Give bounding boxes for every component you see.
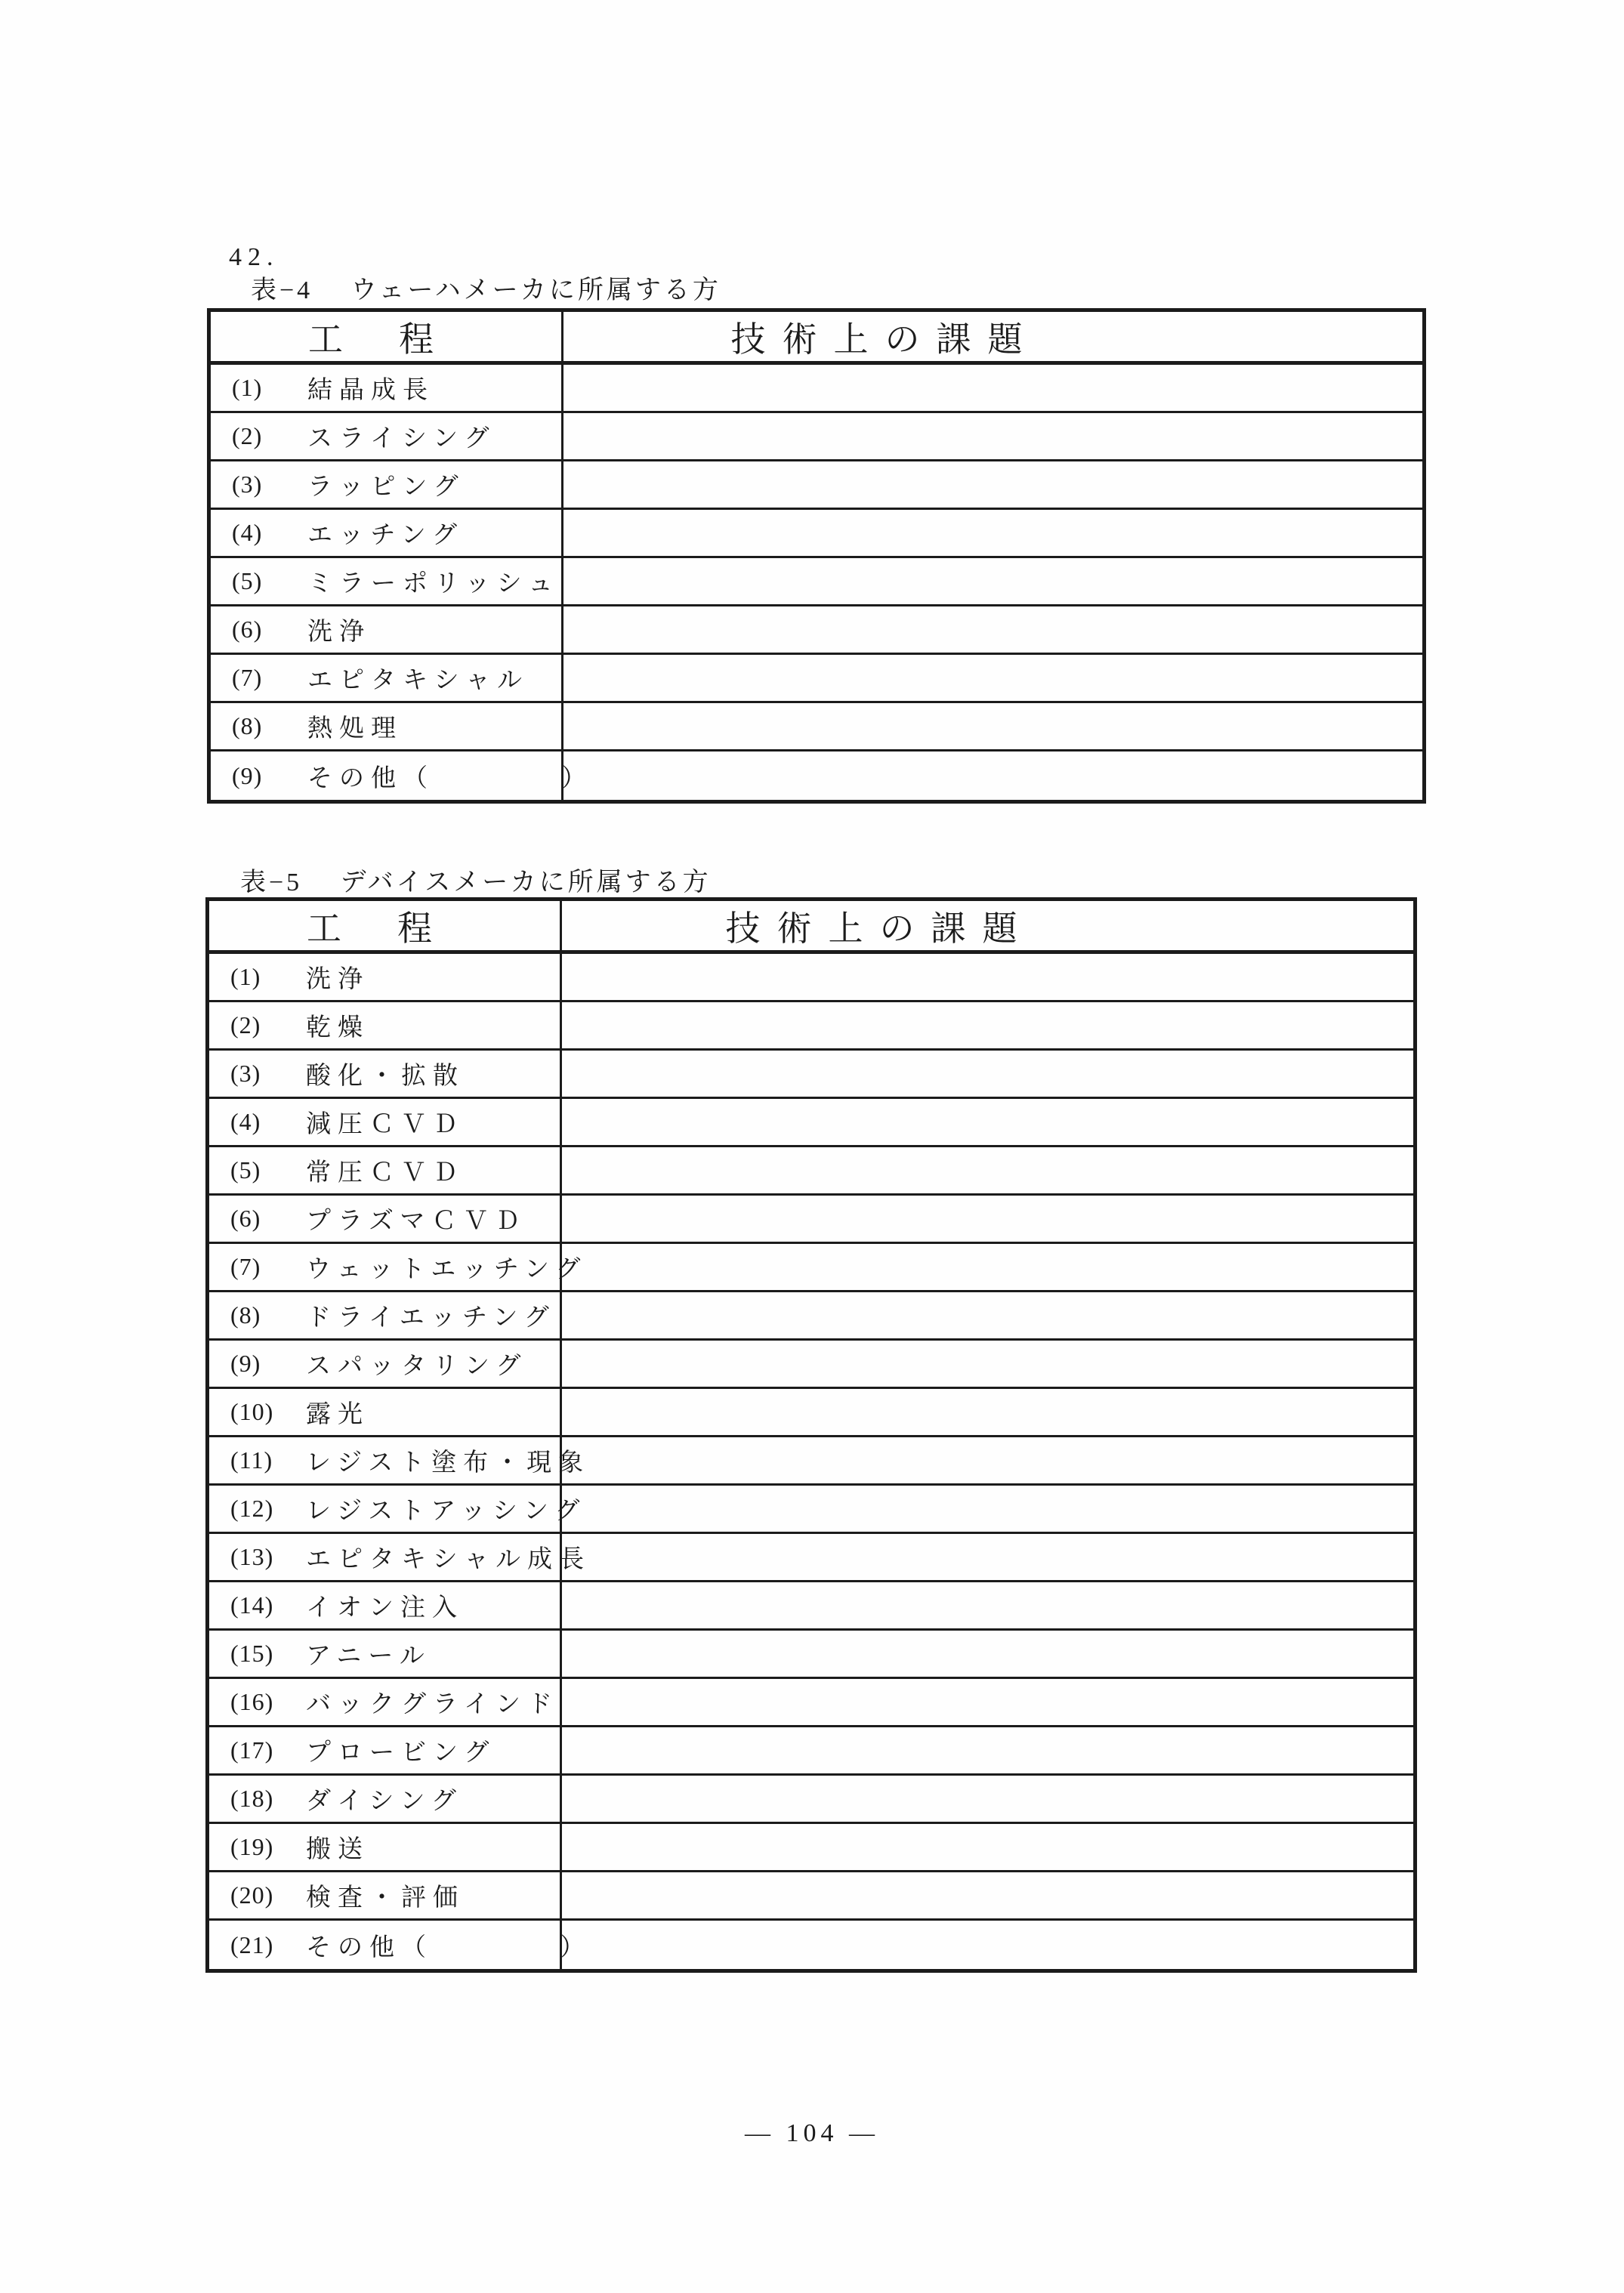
table-row: (16)バックグラインド <box>209 1679 1413 1727</box>
row-number: (12) <box>230 1495 306 1523</box>
table-row: (15)アニール <box>209 1631 1413 1679</box>
row-number: (9) <box>230 1350 306 1378</box>
row-number: (21) <box>230 1931 306 1959</box>
issues-cell <box>562 1486 1413 1532</box>
table4-wafer-maker: 工 程 技術上の課題 (1)結晶成長 (2)スライシング (3)ラッピング (4… <box>207 308 1426 804</box>
table-row: (19)搬送 <box>209 1824 1413 1872</box>
process-label: プラズマＣＶＤ <box>306 1201 526 1236</box>
issues-cell <box>562 1872 1413 1918</box>
row-number: (11) <box>230 1446 306 1474</box>
row-number: (10) <box>230 1398 306 1426</box>
row-number: (7) <box>232 664 307 692</box>
row-number: (5) <box>232 567 307 595</box>
issues-cell <box>562 1824 1413 1870</box>
issues-cell <box>562 1196 1413 1242</box>
issues-cell <box>562 1727 1413 1773</box>
process-label: バックグラインド <box>306 1684 559 1720</box>
process-label: ウェットエッチング <box>306 1249 587 1285</box>
process-label: エッチング <box>307 515 464 551</box>
process-column-header: 工 程 <box>209 901 562 950</box>
process-label: アニール <box>306 1636 431 1671</box>
row-number: (3) <box>232 471 307 498</box>
process-label: その他（ ） <box>307 758 593 794</box>
table-row: (1)洗浄 <box>209 954 1413 1002</box>
table5-device-maker: 工 程 技術上の課題 (1)洗浄 (2)乾燥 (3)酸化・拡散 (4)減圧ＣＶＤ… <box>205 897 1417 1973</box>
table-row: (2)乾燥 <box>209 1002 1413 1051</box>
table-row: (6)洗浄 <box>211 606 1422 655</box>
table-row: (10)露光 <box>209 1389 1413 1437</box>
table-row: (11)レジスト塗布・現象 <box>209 1437 1413 1486</box>
issues-cell <box>562 1921 1413 1969</box>
table-row: (8)熱処理 <box>211 703 1422 751</box>
process-label: スパッタリング <box>306 1346 527 1381</box>
issues-cell <box>563 703 1422 749</box>
issues-cell <box>562 1437 1413 1483</box>
row-number: (3) <box>230 1060 306 1088</box>
page-number: — 104 — <box>0 2119 1624 2148</box>
table-row: (3)ラッピング <box>211 461 1422 510</box>
issues-cell <box>562 1244 1413 1290</box>
issues-cell <box>562 1389 1413 1435</box>
process-label: ミラーポリッシュ <box>307 563 560 599</box>
issues-column-header: 技術上の課題 <box>563 312 1422 361</box>
table-row: (4)エッチング <box>211 510 1422 558</box>
process-column-header: 工 程 <box>211 312 563 361</box>
table-row: (17)プロービング <box>209 1727 1413 1776</box>
issues-cell <box>562 1341 1413 1387</box>
issues-cell <box>562 1582 1413 1628</box>
issues-cell <box>562 1002 1413 1048</box>
table-row: (5)ミラーポリッシュ <box>211 558 1422 606</box>
issues-cell <box>562 1292 1413 1338</box>
row-number: (1) <box>230 963 306 991</box>
table-row: (5)常圧ＣＶＤ <box>209 1147 1413 1196</box>
issues-cell <box>562 1099 1413 1145</box>
issues-cell <box>562 1051 1413 1097</box>
table-row: (7)エピタキシャル <box>211 655 1422 703</box>
table-row: (20)検査・評価 <box>209 1872 1413 1921</box>
row-number: (17) <box>230 1736 306 1764</box>
process-label: ドライエッチング <box>306 1298 556 1333</box>
table4-title: 表−4 ウェーハメーカに所属する方 <box>251 269 721 306</box>
process-label: その他（ ） <box>306 1927 591 1963</box>
row-number: (2) <box>230 1011 306 1039</box>
table-row: (2)スライシング <box>211 413 1422 461</box>
table-row: (9)その他（ ） <box>211 751 1422 800</box>
process-label: 洗浄 <box>306 959 369 995</box>
row-number: (19) <box>230 1833 306 1861</box>
table-row: (6)プラズマＣＶＤ <box>209 1196 1413 1244</box>
row-number: (2) <box>232 422 307 450</box>
row-number: (6) <box>232 616 307 643</box>
table-row: (3)酸化・拡散 <box>209 1051 1413 1099</box>
row-number: (8) <box>232 712 307 740</box>
issues-cell <box>562 1776 1413 1822</box>
issues-cell <box>563 751 1422 800</box>
process-label: ラッピング <box>307 467 465 502</box>
scanned-questionnaire-page: 42. 表−4 ウェーハメーカに所属する方 工 程 技術上の課題 (1)結晶成長… <box>0 0 1624 2293</box>
table-row: (21)その他（ ） <box>209 1921 1413 1969</box>
row-number: (6) <box>230 1205 306 1233</box>
row-number: (9) <box>232 762 307 790</box>
process-label: プロービング <box>306 1733 496 1768</box>
table-row: (9)スパッタリング <box>209 1341 1413 1389</box>
table-row: (18)ダイシング <box>209 1776 1413 1824</box>
issues-cell <box>562 1534 1413 1580</box>
process-label: エピタキシャル成長 <box>306 1539 591 1575</box>
row-number: (8) <box>230 1301 306 1329</box>
row-number: (7) <box>230 1253 306 1281</box>
issues-cell <box>563 413 1422 459</box>
row-number: (20) <box>230 1881 306 1909</box>
process-label: イオン注入 <box>306 1588 464 1623</box>
table4-header-row: 工 程 技術上の課題 <box>211 312 1422 365</box>
table5-header-row: 工 程 技術上の課題 <box>209 901 1413 954</box>
process-label: 検査・評価 <box>306 1878 465 1913</box>
row-number: (4) <box>230 1108 306 1136</box>
issues-cell <box>563 510 1422 556</box>
issues-cell <box>563 655 1422 701</box>
issues-cell <box>562 1147 1413 1193</box>
issues-cell <box>562 1679 1413 1725</box>
process-label: 酸化・拡散 <box>306 1056 465 1091</box>
process-label: 露光 <box>306 1394 369 1430</box>
issues-cell <box>563 606 1422 653</box>
process-label: 常圧ＣＶＤ <box>306 1153 465 1188</box>
table-row: (4)減圧ＣＶＤ <box>209 1099 1413 1147</box>
table-row: (12)レジストアッシング <box>209 1486 1413 1534</box>
process-label: レジストアッシング <box>306 1491 586 1526</box>
table-row: (14)イオン注入 <box>209 1582 1413 1631</box>
row-number: (5) <box>230 1156 306 1184</box>
process-label: 乾燥 <box>306 1008 369 1043</box>
row-number: (15) <box>230 1640 306 1668</box>
process-label: レジスト塗布・現象 <box>306 1443 590 1478</box>
process-label: 熱処理 <box>307 708 403 744</box>
table-row: (7)ウェットエッチング <box>209 1244 1413 1292</box>
table-row: (1)結晶成長 <box>211 365 1422 413</box>
issues-cell <box>562 954 1413 1000</box>
issues-cell <box>563 558 1422 604</box>
table5-title: 表−5 デバイスメーカに所属する方 <box>240 861 712 898</box>
table-row: (8)ドライエッチング <box>209 1292 1413 1341</box>
issues-cell <box>562 1631 1413 1677</box>
row-number: (4) <box>232 519 307 547</box>
issues-column-header: 技術上の課題 <box>562 901 1413 950</box>
process-label: エピタキシャル <box>307 660 529 696</box>
process-label: ダイシング <box>306 1781 463 1816</box>
process-label: スライシング <box>307 418 496 454</box>
table-row: (13)エピタキシャル成長 <box>209 1534 1413 1582</box>
process-label: 減圧ＣＶＤ <box>306 1104 465 1140</box>
row-number: (13) <box>230 1543 306 1571</box>
process-label: 洗浄 <box>307 612 371 647</box>
issues-cell <box>563 461 1422 508</box>
issues-cell <box>563 365 1422 411</box>
row-number: (14) <box>230 1591 306 1619</box>
row-number: (18) <box>230 1785 306 1813</box>
row-number: (1) <box>232 374 307 402</box>
process-label: 結晶成長 <box>307 370 434 406</box>
process-label: 搬送 <box>306 1829 369 1865</box>
section-number: 42. <box>229 243 279 272</box>
row-number: (16) <box>230 1688 306 1716</box>
